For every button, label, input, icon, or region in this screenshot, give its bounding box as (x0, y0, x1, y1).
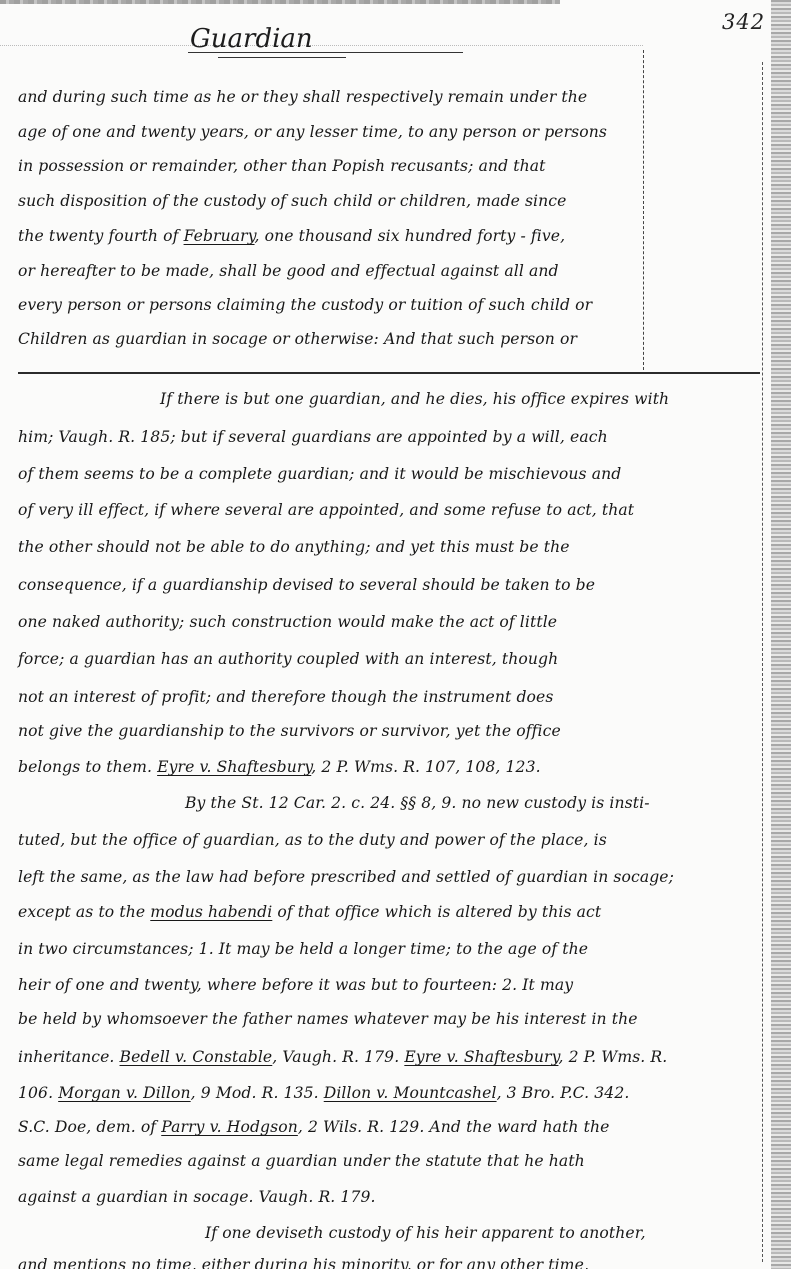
paragraph-line: force; a guardian has an authority coupl… (18, 650, 758, 668)
case-name: Parry v. Hodgson (161, 1118, 298, 1136)
underlined-month: February (184, 227, 255, 245)
paragraph-line: By the St. 12 Car. 2. c. 24. §§ 8, 9. no… (185, 794, 791, 812)
citation-line: inheritance. Bedell v. Constable, Vaugh.… (18, 1048, 758, 1066)
scan-right-edge (771, 0, 791, 1269)
slip-line: and during such time as he or they shall… (18, 88, 638, 106)
paragraph-line: except as to the modus habendi of that o… (18, 903, 758, 921)
paragraph-line: If one deviseth custody of his heir appa… (205, 1224, 791, 1242)
paragraph-line: in two circumstances; 1. It may be held … (18, 940, 758, 958)
paragraph-line: him; Vaugh. R. 185; but if several guard… (18, 428, 758, 446)
page-heading: Guardian (190, 24, 313, 54)
case-name: Eyre v. Shaftesbury (157, 758, 311, 776)
case-name: Dillon v. Mountcashel (324, 1084, 497, 1102)
slip-line: every person or persons claiming the cus… (18, 296, 638, 314)
case-name: Bedell v. Constable (120, 1048, 273, 1066)
citation-line: 106. Morgan v. Dillon, 9 Mod. R. 135. Di… (18, 1084, 758, 1102)
paragraph-line: not give the guardianship to the survivo… (18, 722, 758, 740)
citation-line: belongs to them. Eyre v. Shaftesbury, 2 … (18, 758, 758, 776)
paragraph-line: one naked authority; such construction w… (18, 613, 758, 631)
case-name: Eyre v. Shaftesbury (404, 1048, 558, 1066)
paragraph-line: consequence, if a guardianship devised t… (18, 576, 758, 594)
slip-line: age of one and twenty years, or any less… (18, 123, 638, 141)
paragraph-line: of them seems to be a complete guardian;… (18, 465, 758, 483)
paragraph-line: left the same, as the law had before pre… (18, 868, 758, 886)
heading-double-underline (218, 57, 346, 58)
paragraph-line: heir of one and twenty, where before it … (18, 976, 758, 994)
citation-line: S.C. Doe, dem. of Parry v. Hodgson, 2 Wi… (18, 1118, 758, 1136)
section-divider (18, 372, 760, 374)
slip-line: or hereafter to be made, shall be good a… (18, 262, 638, 280)
slip-line: such disposition of the custody of such … (18, 192, 638, 210)
paragraph-line: the other should not be able to do anyth… (18, 538, 758, 556)
paragraph-line: tuted, but the office of guardian, as to… (18, 831, 758, 849)
slip-line: in possession or remainder, other than P… (18, 157, 638, 175)
latin-term: modus habendi (150, 903, 272, 921)
scan-top-edge (0, 0, 560, 4)
case-name: Morgan v. Dillon (58, 1084, 190, 1102)
pasted-slip-edge (643, 50, 644, 370)
paragraph-line: and mentions no time, either during his … (18, 1256, 758, 1269)
right-margin-rule (762, 62, 763, 1262)
paragraph-line: not an interest of profit; and therefore… (18, 688, 758, 706)
paragraph-line: against a guardian in socage. Vaugh. R. … (18, 1188, 758, 1206)
heading-underline (188, 52, 463, 53)
paragraph-line: of very ill effect, if where several are… (18, 501, 758, 519)
slip-line: Children as guardian in socage or otherw… (18, 330, 638, 348)
paragraph-line: If there is but one guardian, and he die… (160, 390, 791, 408)
paragraph-line: be held by whomsoever the father names w… (18, 1010, 758, 1028)
paragraph-line: same legal remedies against a guardian u… (18, 1152, 758, 1170)
pasted-slip-top-line (0, 45, 643, 46)
slip-line: the twenty fourth of February, one thous… (18, 227, 638, 245)
page-number: 342 (722, 10, 765, 34)
manuscript-page: 342 Guardian and during such time as he … (0, 0, 791, 1269)
